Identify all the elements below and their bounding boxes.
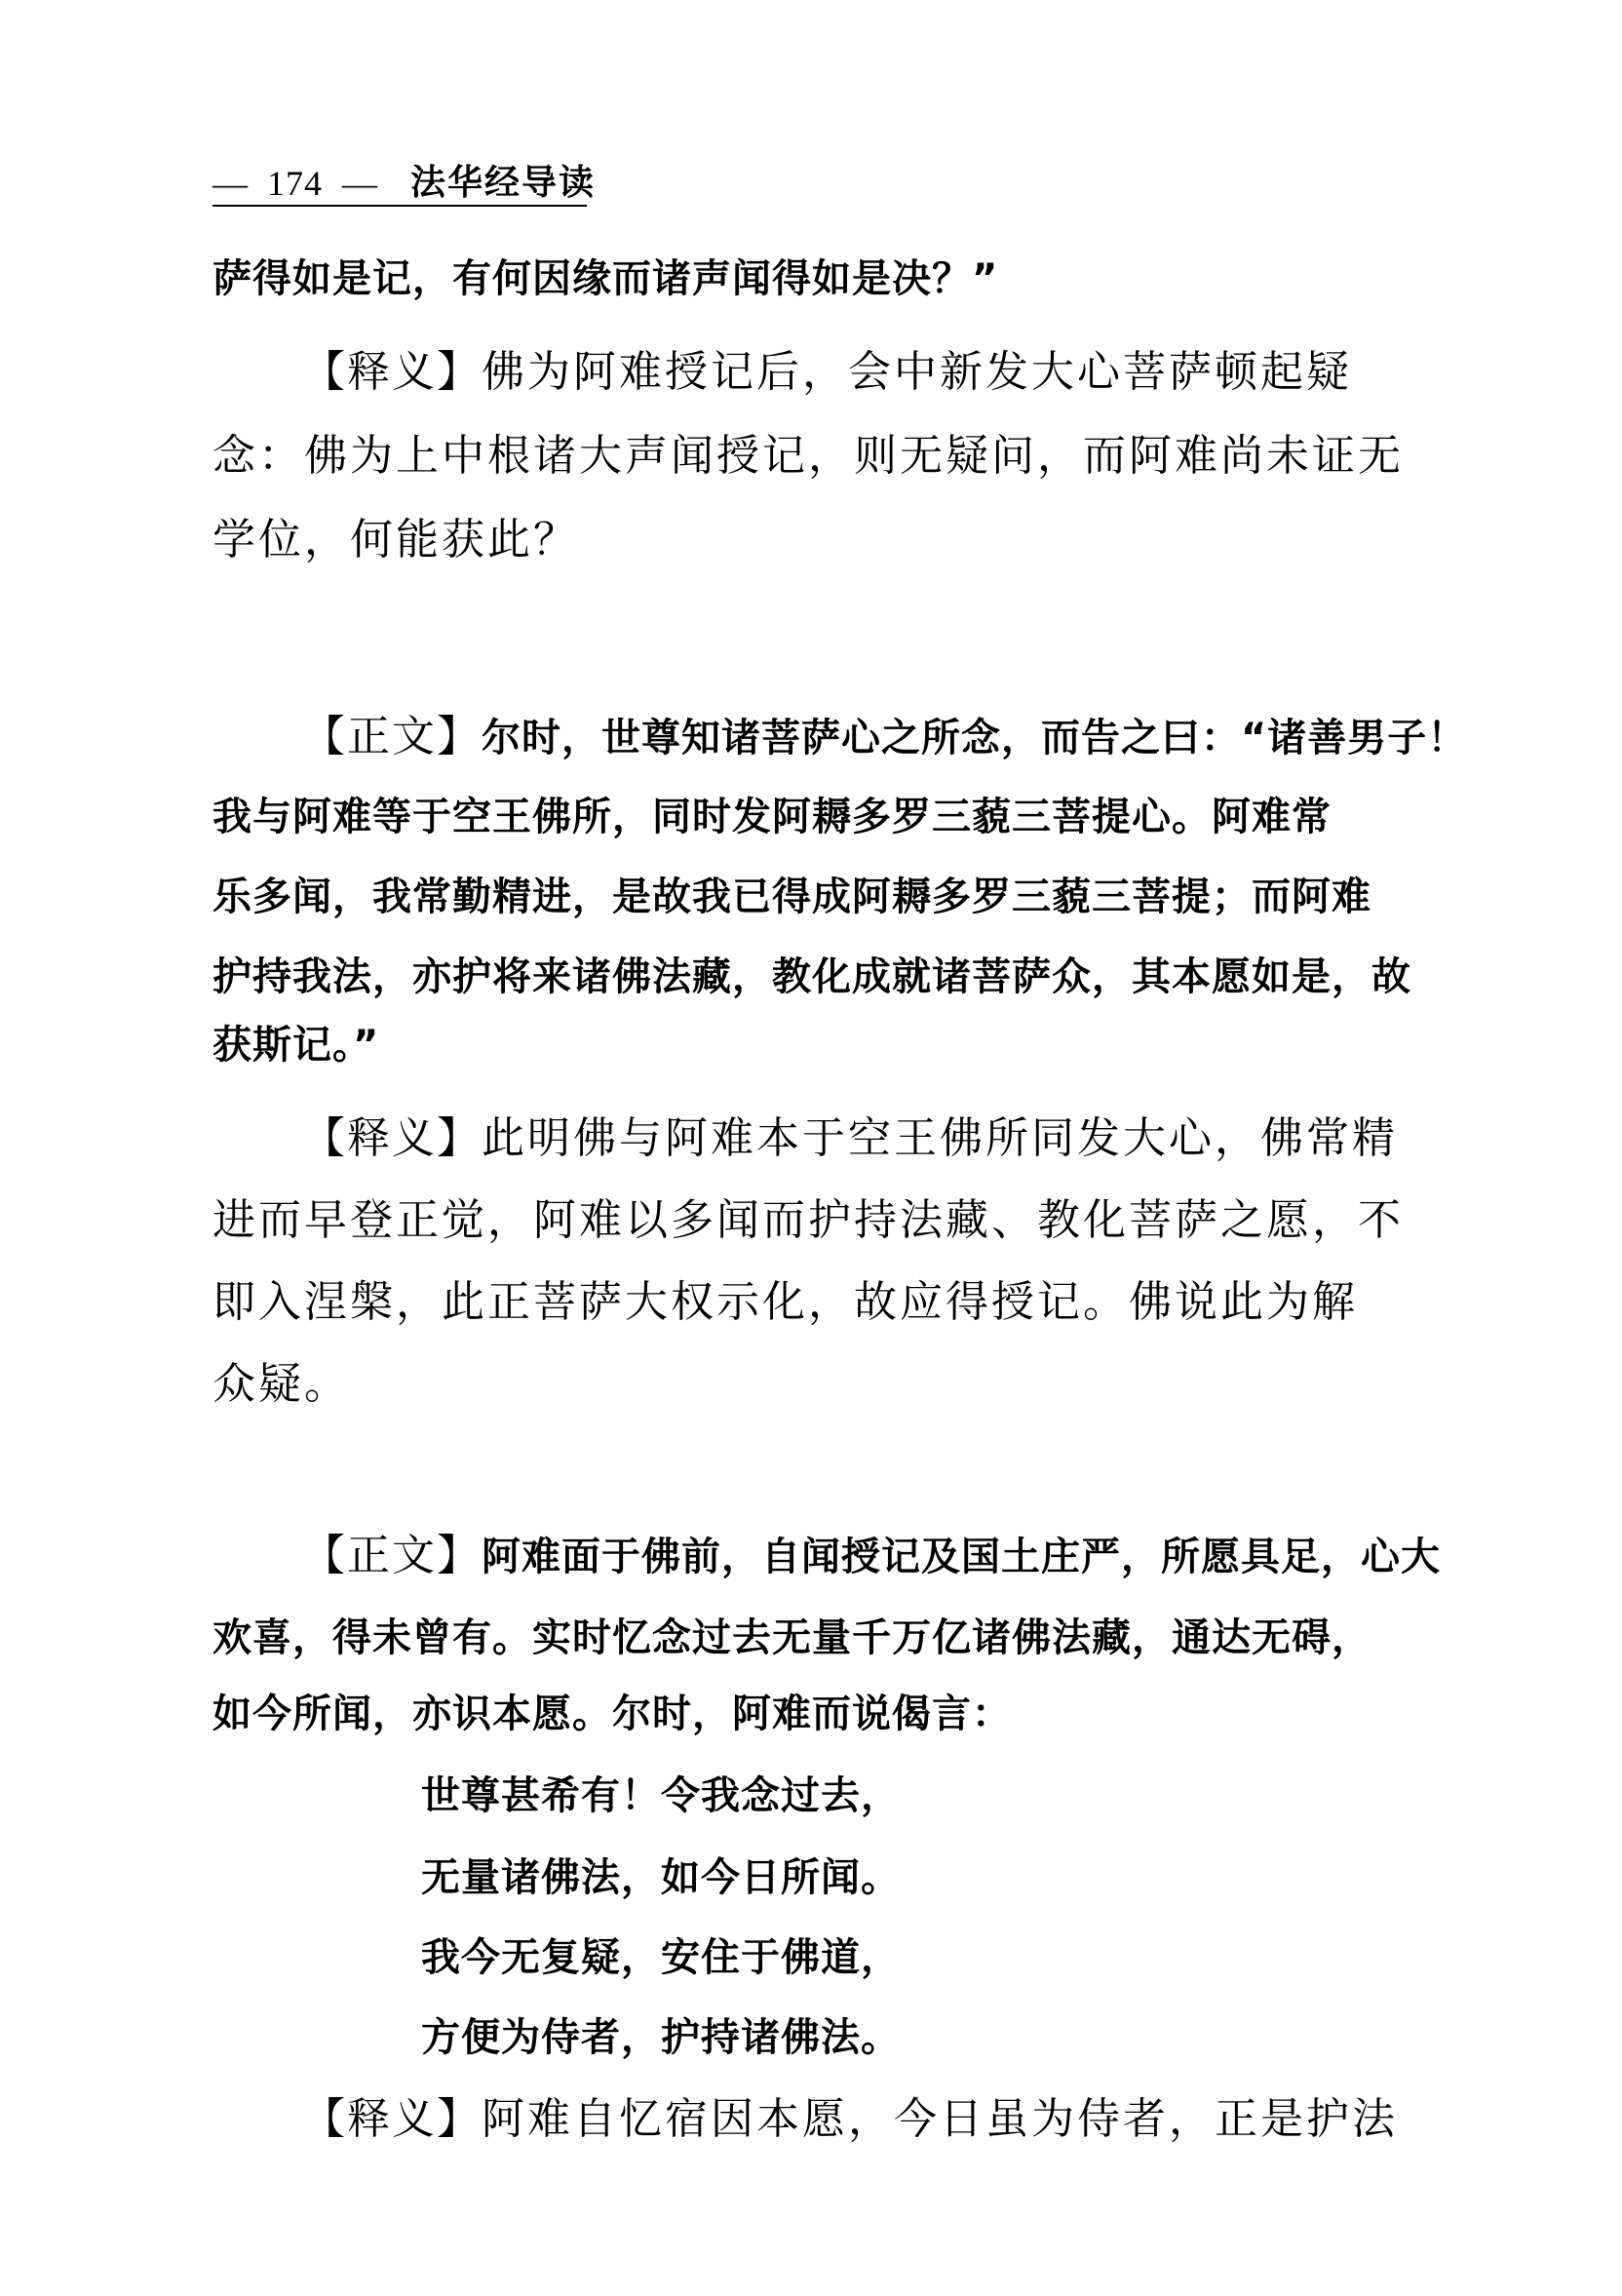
header-dash-right: — [342,162,377,205]
commentary-text: 佛为阿难授记后，会中新发大心菩萨顿起疑 [482,347,1352,397]
commentary-tag: 【释义】 [302,2094,482,2144]
scripture-continuation-line: 萨得如是记，有何因缘而诸声闻得如是决？” [212,250,998,308]
scripture-tag: 【正文】 [302,1531,482,1580]
verse-line: 方便为侍者，护持诸佛法。 [421,2008,901,2067]
verse-line: 我今无复疑，安住于佛道， [421,1928,901,1987]
commentary-line: 进而早登正觉，阿难以多闻而护持法藏、教化菩萨之愿，不 [212,1191,1404,1250]
commentary-line: 念：佛为上中根诸大声闻授记，则无疑问，而阿难尚未证无 [212,427,1404,486]
book-title: 法华经导读 [410,162,596,205]
commentary-line: 【释义】佛为阿难授记后，会中新发大心菩萨顿起疑 [302,343,1352,402]
scripture-line: 如今所闻，亦识本愿。尔时，阿难而说偈言： [212,1685,1012,1743]
header-dash-left: — [212,162,248,205]
scripture-text: 尔时，世尊知诸菩萨心之所念，而告之曰：“诸善男子！ [482,716,1467,760]
commentary-line: 学位，何能获此？ [212,511,579,569]
scripture-line: 我与阿难等于空王佛所，同时发阿耨多罗三藐三菩提心。阿难常 [212,788,1332,846]
scripture-line: 乐多闻，我常勤精进，是故我已得成阿耨多罗三藐三菩提；而阿难 [212,868,1371,926]
scripture-line: 【正文】阿难面于佛前，自闻授记及国土庄严，所愿具足，心大 [302,1527,1441,1585]
commentary-line: 【释义】阿难自忆宿因本愿，今日虽为侍者，正是护法 [302,2090,1398,2149]
scripture-text: 阿难面于佛前，自闻授记及国土庄严，所愿具足，心大 [482,1535,1441,1579]
commentary-line: 即入涅槃，此正菩萨大权示化，故应得授记。佛说此为解 [212,1273,1358,1332]
scripture-line: 【正文】尔时，世尊知诸菩萨心之所念，而告之曰：“诸善男子！ [302,708,1467,766]
commentary-tag: 【释义】 [302,347,482,397]
verse-line: 世尊甚希有！令我念过去， [421,1767,901,1825]
commentary-text: 此明佛与阿难本于空王佛所同发大心，佛常精 [482,1113,1398,1163]
scripture-line: 欢喜，得未曾有。实时忆念过去无量千万亿诸佛法藏，通达无碍， [212,1609,1371,1667]
scripture-line: 获斯记。” [212,1016,379,1074]
scripture-tag: 【正文】 [302,712,482,761]
commentary-tag: 【释义】 [302,1113,482,1163]
verse-line: 无量诸佛法，如今日所闻。 [421,1848,901,1907]
commentary-line: 众疑。 [212,1355,350,1414]
commentary-line: 【释义】此明佛与阿难本于空王佛所同发大心，佛常精 [302,1109,1398,1168]
page-number: 174 [267,162,323,205]
commentary-text: 阿难自忆宿因本愿，今日虽为侍者，正是护法 [482,2094,1398,2144]
book-page: — 174 — 法华经导读 萨得如是记，有何因缘而诸声闻得如是决？” 【释义】佛… [0,0,1622,2296]
scripture-line: 护持我法，亦护将来诸佛法藏，教化成就诸菩萨众，其本愿如是，故 [212,948,1411,1006]
running-header: — 174 — 法华经导读 [212,158,587,207]
